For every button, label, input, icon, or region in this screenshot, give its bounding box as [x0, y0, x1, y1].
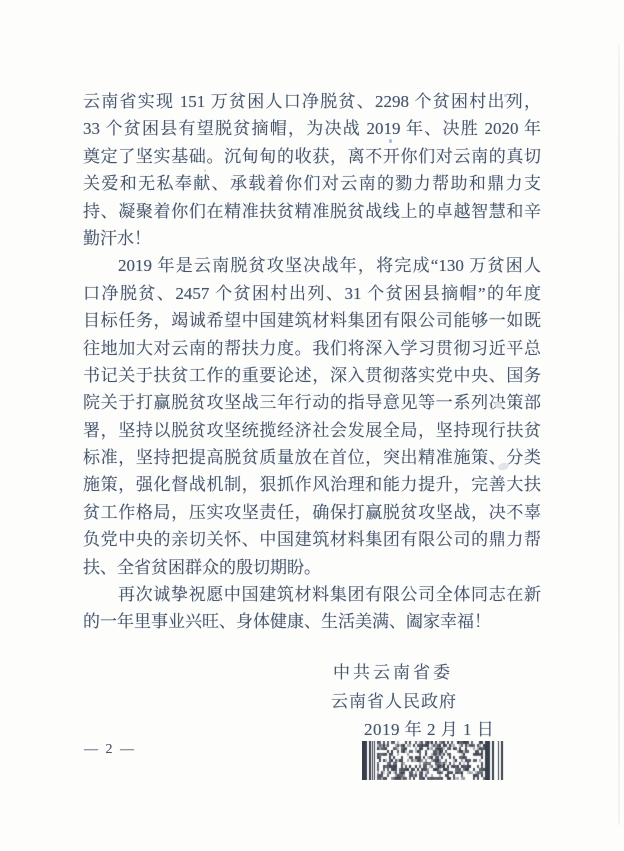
body-line: 奠定了坚实基础。沉甸甸的收获，离不开你们对云南的真切 — [83, 143, 541, 170]
scan-speck — [204, 169, 206, 172]
scan-speck — [504, 94, 507, 97]
body-line: 口净脱贫、2457 个贫困村出列、31 个贫困县摘帽”的年度 — [83, 280, 541, 307]
body-line: 贫工作格局，压实攻坚责任，确保打赢脱贫攻坚战，决不辜 — [83, 499, 541, 526]
body-line: 扶、全省贫困群众的殷切期盼。 — [83, 554, 541, 581]
scanned-letter-page: 云南省实现 151 万贫困人口净脱贫、2298 个贫困村出列，33 个贫困县有望… — [0, 0, 624, 851]
body-line: 施策，强化督战机制，狠抓作风治理和能力提升，完善大扶 — [83, 471, 541, 498]
body-line: 关爱和无私奉献、承载着你们对云南的勠力帮助和鼎力支 — [83, 170, 541, 197]
body-line: 往地加大对云南的帮扶力度。我们将深入学习贯彻习近平总 — [83, 335, 541, 362]
page-number: — 2 — — [84, 742, 136, 758]
body-line: 持、凝聚着你们在精准扶贫精准脱贫战线上的卓越智慧和辛 — [83, 198, 541, 225]
signature-date: 2019 年 2 月 1 日 — [364, 715, 494, 740]
body-line: 负党中央的亲切关怀、中国建筑材料集团有限公司的鼎力帮 — [83, 526, 541, 553]
body-line: 再次诚挚祝愿中国建筑材料集团有限公司全体同志在新 — [83, 581, 541, 608]
scan-speck — [389, 139, 392, 143]
body-line: 33 个贫困县有望脱贫摘帽，为决战 2019 年、决胜 2020 年 — [83, 115, 541, 142]
signature-org-provincial-government: 云南省人民政府 — [331, 687, 457, 712]
body-line: 标准，坚持把提高脱贫质量放在首位，突出精准施策、分类 — [83, 444, 541, 471]
body-line: 的一年里事业兴旺、身体健康、生活美满、阖家幸福！ — [83, 608, 541, 635]
signature-org-party-committee: 中共云南省委 — [333, 658, 453, 683]
body-line: 2019 年是云南脱贫攻坚决战年，将完成“130 万贫困人 — [83, 252, 541, 279]
document-barcode-canvas — [362, 741, 505, 780]
body-line: 目标任务，竭诚希望中国建筑材料集团有限公司能够一如既 — [83, 307, 541, 334]
document-barcode — [362, 741, 505, 780]
scan-edge-shadow — [618, 45, 620, 825]
letter-body: 云南省实现 151 万贫困人口净脱贫、2298 个贫困村出列，33 个贫困县有望… — [83, 88, 541, 636]
body-line: 勤汗水！ — [83, 225, 541, 252]
body-line: 云南省实现 151 万贫困人口净脱贫、2298 个贫困村出列， — [83, 88, 541, 115]
body-line: 书记关于扶贫工作的重要论述，深入贯彻落实党中央、国务 — [83, 362, 541, 389]
body-line: 署，坚持以脱贫攻坚统揽经济社会发展全局，坚持现行扶贫 — [83, 417, 541, 444]
body-line: 院关于打赢脱贫攻坚战三年行动的指导意见等一系列决策部 — [83, 389, 541, 416]
